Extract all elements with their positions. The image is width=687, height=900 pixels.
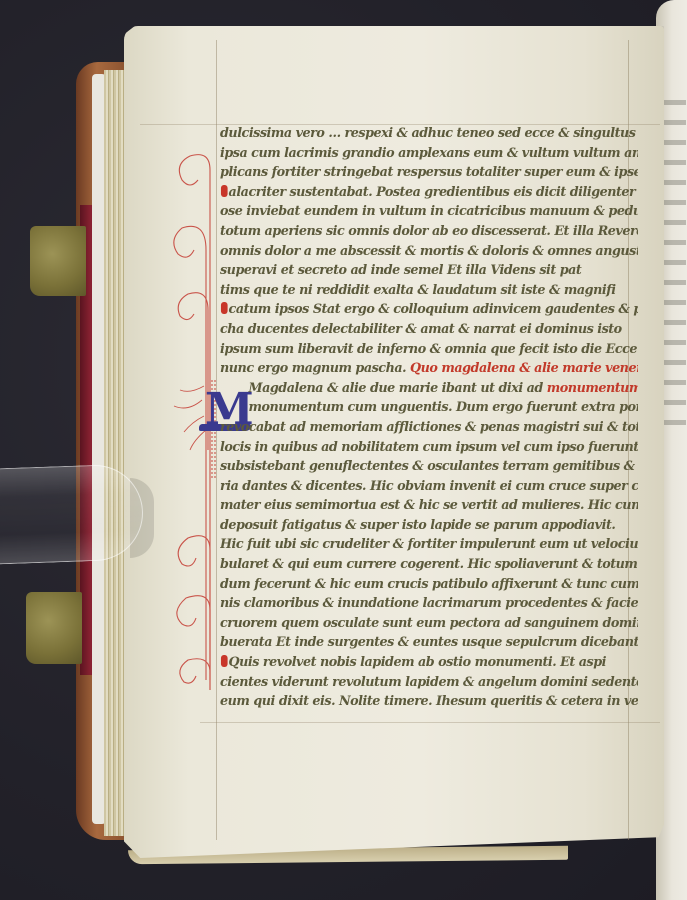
text-line-26: cruorem quem osculate sunt eum pectora a… (220, 614, 638, 634)
clasp-strap-top (30, 226, 86, 296)
acrylic-page-holder (0, 463, 145, 564)
text-line-23: bularet & qui eum currere cogerent. Hic … (220, 555, 638, 575)
text-line-28: Quis revolvet nobis lapidem ab ostio mon… (220, 653, 638, 673)
text-line-13: nunc ergo magnum pascha. Quo magdalena &… (220, 359, 638, 379)
rubric-mark (221, 185, 228, 197)
text-line-7: omnis dolor a me abscessit & mortis & do… (220, 242, 638, 262)
text-line-9: tims que te ni reddidit exalta & laudatu… (220, 281, 638, 301)
text-line-12: ipsum sum liberavit de inferno & omnia q… (220, 340, 638, 360)
clasp-strap-bottom (26, 592, 82, 664)
text-line-5: ose inviebat eundem in vultum in cicatri… (220, 202, 638, 222)
text-line-17: locis in quibus ad nobilitatem cum ipsum… (220, 438, 638, 458)
text-line-30: eum qui dixit eis. Nolite timere. Ihesum… (220, 692, 638, 712)
rubric-mark (221, 655, 228, 667)
text-line-6: totum aperiens sic omnis dolor ab eo dis… (220, 222, 638, 242)
text-line-21: deposuit fatigatus & super isto lapide s… (220, 516, 638, 536)
rubric-continuation: monumentum cum unguentis (547, 380, 638, 396)
text-line-25: nis clamoribus & inundatione lacrimarum … (220, 594, 638, 614)
ruling-bottom (200, 722, 660, 723)
rubric-heading: Quo magdalena & alie marie venerunt ad (410, 360, 638, 376)
text-line-3: plicans fortiter stringebat respersus to… (220, 163, 638, 183)
text-line-27: buerata Et inde surgentes & euntes usque… (220, 633, 638, 653)
text-line-11: cha ducentes delectabiliter & amat & nar… (220, 320, 638, 340)
text-line-4: alacriter sustentabat. Postea gredientib… (220, 183, 638, 203)
text-block: dulcissima vero … respexi & adhuc teneo … (220, 124, 660, 712)
text-line-1: dulcissima vero … respexi & adhuc teneo … (220, 124, 638, 144)
text-line-8: superavi et secreto ad inde semel Et ill… (220, 261, 638, 281)
text-line-19: ria dantes & dicentes. Hic obviam inveni… (220, 477, 638, 497)
text-line-16: revocabat ad memoriam afflictiones & pen… (220, 418, 638, 438)
rubric-mark (221, 302, 228, 314)
text-line-24: dum fecerunt & hic eum crucis patibulo a… (220, 575, 638, 595)
text-line-2: ipsa cum lacrimis grandio amplexans eum … (220, 144, 638, 164)
text-line-14: Magdalena & alie due marie ibant ut dixi… (220, 379, 638, 399)
text-line-29: cientes viderunt revolutum lapidem & ang… (220, 673, 638, 693)
text-line-22: Hic fuit ubi sic crudeliter & fortiter i… (220, 535, 638, 555)
facing-page-text (662, 100, 686, 440)
text-line-20: mater eius semimortua est & hic se verti… (220, 496, 638, 516)
text-line-18: subsistebant genuflectentes & osculantes… (220, 457, 638, 477)
text-line-15: monumentum cum unguentis. Dum ergo fueru… (220, 398, 638, 418)
text-line-10: catum ipsos Stat ergo & colloquium adinv… (220, 300, 638, 320)
